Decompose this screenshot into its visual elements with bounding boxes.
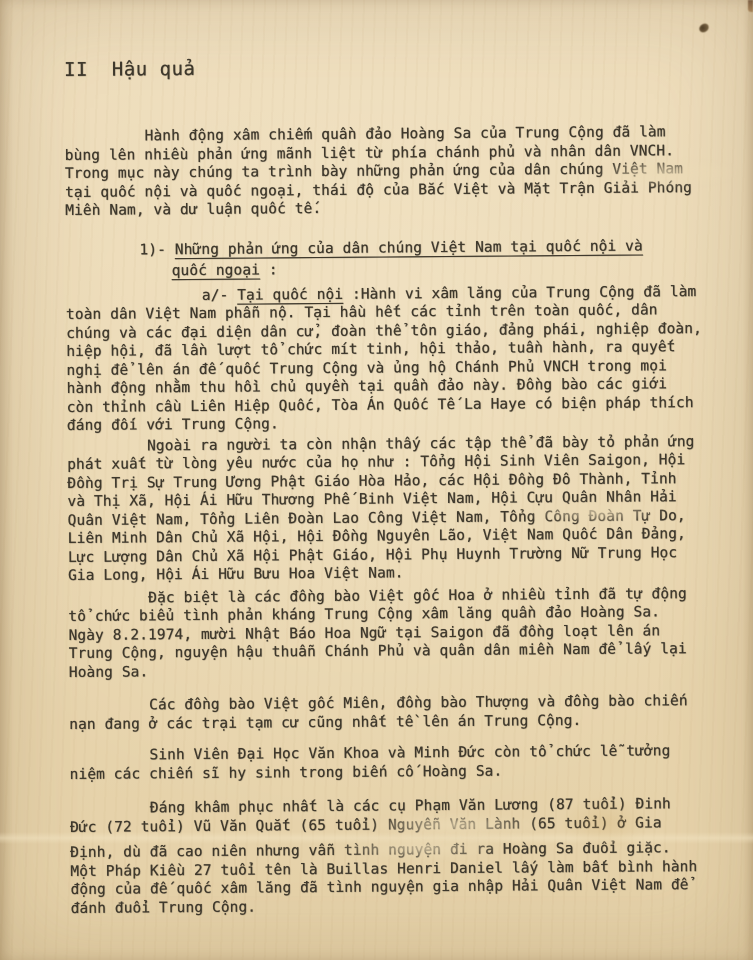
ink-speck bbox=[698, 22, 711, 34]
paragraph-viet-goc-hoa-lines: Đặc biệt là các đồng bào Việt gốc Hoa ở … bbox=[68, 584, 729, 682]
paragraph-sinh-vien-lines: Sinh Viên Đại Học Văn Khoa và Minh Đức c… bbox=[69, 742, 729, 784]
paragraph-item-a: a/- Tại quốc nội :Hành vi xâm lăng của T… bbox=[66, 282, 727, 435]
item-a-label: Tại quốc nội bbox=[237, 286, 343, 303]
text-line: đáng đối với Trung Cộng. bbox=[67, 412, 727, 436]
page-content: II Hậu quả Hành động xâm chiếm quần đảo … bbox=[64, 53, 731, 918]
scanned-document-page: II Hậu quả Hành động xâm chiếm quần đảo … bbox=[0, 0, 753, 960]
page-edge-mark bbox=[748, 0, 753, 12]
text-line: Gia Long, Hội Ái Hữu Bưu Hoa Việt Nam. bbox=[68, 562, 728, 586]
section-number: 1)- bbox=[139, 242, 174, 258]
section-heading-colon: : bbox=[260, 262, 278, 278]
section-heading-text: Những phản ứng của dân chúng Việt Nam tạ… bbox=[175, 238, 643, 258]
section-heading-line-2: quốc ngoại : bbox=[172, 256, 726, 281]
paragraph-mien-thuong-lines: Các đồng bào Việt gốc Miên, đồng bào Thư… bbox=[69, 692, 729, 734]
item-a-prefix: a/- bbox=[202, 287, 237, 303]
page-title: II Hậu quả bbox=[64, 53, 724, 82]
paragraph-elders-lines: Đáng khâm phục nhất là các cụ Phạm Văn L… bbox=[70, 795, 731, 918]
item-a-rest: :Hành vi xâm lăng của Trung Cộng đã làm bbox=[343, 284, 696, 303]
section-heading-text-2: quốc ngoại bbox=[172, 262, 260, 279]
item-a-continuation-lines: toàn dân Việt Nam phẫn nộ. Tại hầu hết c… bbox=[66, 301, 727, 436]
text-line: Miền Nam, và dư luận quốc tế. bbox=[65, 197, 725, 221]
section-1-heading: 1)- Những phản ứng của dân chúng Việt Na… bbox=[139, 235, 725, 282]
paragraph-organizations-lines: Ngoài ra người ta còn nhận thấy các tập … bbox=[67, 432, 728, 585]
intro-paragraph: Hành động xâm chiếm quần đảo Hoàng Sa củ… bbox=[65, 123, 726, 221]
